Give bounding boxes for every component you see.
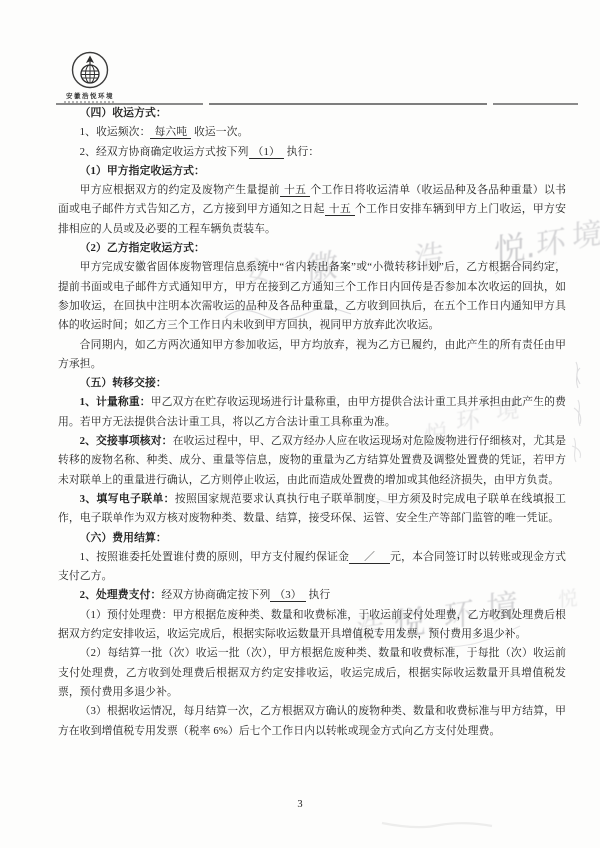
text-run: 1、计量称重： xyxy=(80,396,151,408)
paragraph: （1）甲方指定收运方式： xyxy=(58,162,566,181)
paragraph: （2）每结算一批（次）收运一批（次），甲方根据危废种类、数量和收费标准，于每批（… xyxy=(58,644,566,702)
paragraph: 2、交接事项核对：在收运过程中，甲、乙双方经办人应在收运现场对危险废物进行仔细核… xyxy=(58,432,566,490)
paragraph: （3）根据收运情况，每月结算一次，乙方根据双方确认的废物种类、数量和收费标准与甲… xyxy=(58,702,566,741)
fill-in-blank: 十五 xyxy=(280,184,310,197)
page-number: 3 xyxy=(0,799,600,810)
paragraph: （六）费用结算： xyxy=(58,529,566,548)
paragraph: （四）收运方式： xyxy=(58,104,566,123)
paragraph: 1、收运频次：每六吨 收运一次。 xyxy=(58,123,566,142)
company-logo: 安徽浩悦环境 xyxy=(60,50,120,104)
text-run: 执行 xyxy=(306,589,331,601)
paragraph: 1、按照谁委托处置谁付费的原则，甲方支付履约保证金 ／ 元，本合同签订时以转账或… xyxy=(58,548,566,587)
watermark-character: 境 xyxy=(572,208,600,257)
text-run: 2、处理费支付： xyxy=(80,589,162,601)
text-run: 经双方协商确定按下列 xyxy=(161,589,270,601)
text-run: （五）转移交接： xyxy=(80,377,167,389)
text-run: （四）收运方式： xyxy=(80,107,167,119)
fill-in-blank: 十五 xyxy=(325,203,355,216)
paragraph: （2）乙方指定收运方式： xyxy=(58,239,566,258)
text-run: （1）甲方指定收运方式： xyxy=(80,165,205,177)
paragraph: 3、填写电子联单：按照国家规范要求认真执行电子联单制度，甲方须及时完成电子联单在… xyxy=(58,490,566,529)
contract-page: 安徽浩悦环境 安徽浩悦.环境悦环境浩悦.环境悦 （四）收运方式：1、收运频次：每… xyxy=(0,0,600,848)
text-run: （3）根据收运情况，每月结算一次，乙方根据双方确认的废物种类、数量和收费标准与甲… xyxy=(58,705,566,736)
text-run: 2、经双方协商确定收运方式按下列 xyxy=(80,146,249,158)
document-body: （四）收运方式：1、收运频次：每六吨 收运一次。2、经双方协商确定收运方式按下列… xyxy=(58,104,566,741)
paragraph: 1、计量称重：甲乙双方在贮存收运现场进行计量称重，由甲方提供合法计重工具并承担由… xyxy=(58,393,566,432)
company-name-label: 安徽浩悦环境 xyxy=(60,91,120,100)
text-run: 1、按照谁委托处置谁付费的原则，甲方支付履约保证金 xyxy=(80,551,350,563)
fill-in-blank: （3） xyxy=(270,589,305,602)
text-run: 1、收运频次： xyxy=(80,126,151,138)
paragraph: 2、处理费支付：经双方协商确定按下列（3） 执行 xyxy=(58,586,566,605)
text-run: 执行： xyxy=(284,146,320,158)
text-run: 合同期内，如乙方两次通知甲方参加收运，甲方均放弃，视为乙方已履约，由此产生的所有… xyxy=(58,339,566,370)
text-run: （六）费用结算： xyxy=(80,532,167,544)
paragraph: 甲方应根据双方的约定及废物产生量提前十五个工作日将收运清单（收运品种及各品种重量… xyxy=(58,181,566,239)
fill-in-blank: （1） xyxy=(249,146,284,159)
fill-in-blank: 每六吨 xyxy=(150,126,191,139)
company-emblem-icon xyxy=(70,50,110,90)
text-run: （2）每结算一批（次）收运一批（次），甲方根据危废种类、数量和收费标准，于每批（… xyxy=(58,647,566,698)
text-run: 3、填写电子联单： xyxy=(80,493,175,505)
paragraph: （五）转移交接： xyxy=(58,374,566,393)
text-run: 甲方应根据双方的约定及废物产生量提前 xyxy=(80,184,280,196)
text-run: 收运一次。 xyxy=(191,126,248,138)
paragraph: 甲方完成安徽省固体废物管理信息系统中“省内转出备案”或“小微转移计划”后，乙方根… xyxy=(58,258,566,335)
text-run: （1）预付处理费：甲方根据危废种类、数量和收费标准，于收运前支付处理费，乙方收到… xyxy=(58,609,566,640)
text-run: （2）乙方指定收运方式： xyxy=(80,242,205,254)
paragraph: （1）预付处理费：甲方根据危废种类、数量和收费标准，于收运前支付处理费，乙方收到… xyxy=(58,606,566,645)
paragraph: 2、经双方协商确定收运方式按下列（1） 执行： xyxy=(58,143,566,162)
text-run: 甲方完成安徽省固体废物管理信息系统中“省内转出备案”或“小微转移计划”后，乙方根… xyxy=(58,261,566,331)
fill-in-blank: ／ xyxy=(349,551,390,564)
text-run: 2、交接事项核对： xyxy=(80,435,173,447)
paragraph: 合同期内，如乙方两次通知甲方参加收运，甲方均放弃，视为乙方已履约，由此产生的所有… xyxy=(58,336,566,375)
